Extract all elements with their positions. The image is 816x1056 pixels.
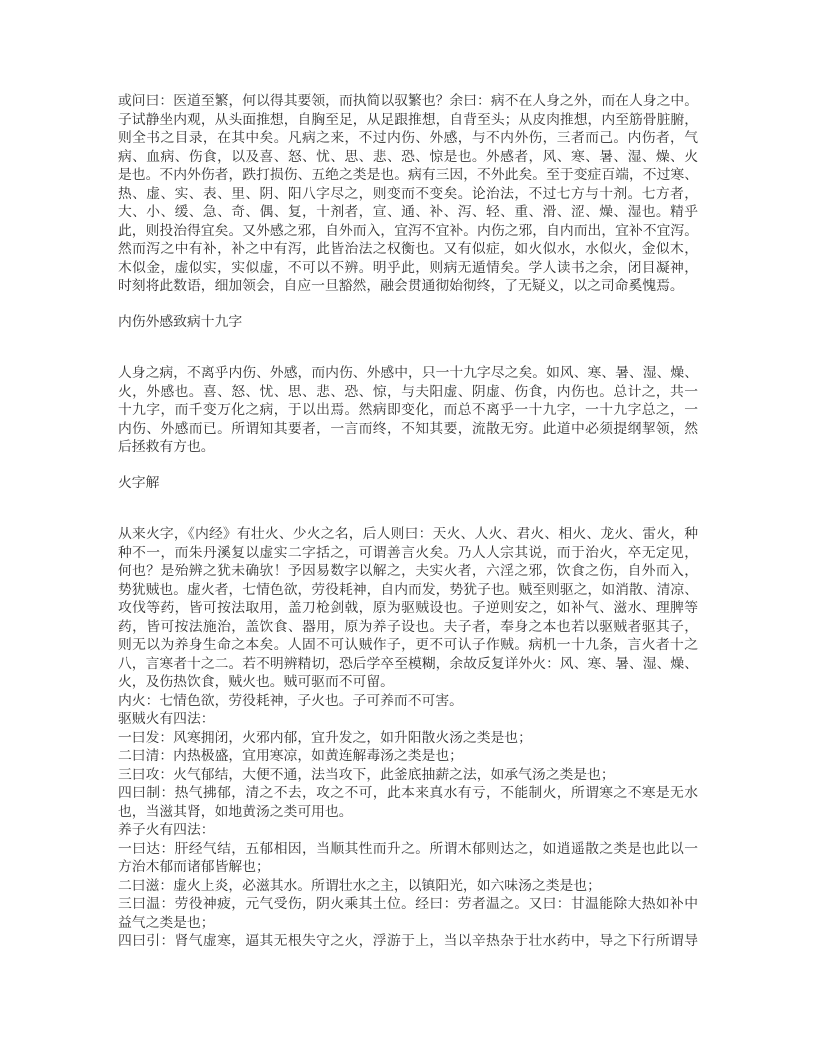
text-line: 药，皆可按法施治，盖饮食、器用，原为养子设也。夫子者，奉身之本也若以驱贼者驱其子… bbox=[118, 618, 698, 637]
text-line: 子试静坐内观，从头面推想，自胸至足，从足跟推想，自背至头；从皮肉推想，内至筋骨脏… bbox=[118, 111, 698, 130]
text-line: 种不一，而朱丹溪复以虚实二字括之，可谓善言火矣。乃人人宗其说，而于治火，卒无定见… bbox=[118, 544, 698, 563]
text-line: 则全书之目录，在其中矣。凡病之来，不过内伤、外感，与不内外伤，三者而己。内伤者，… bbox=[118, 129, 698, 148]
paragraph: 三曰攻：火气郁结，大便不通，法当攻下，此釜底抽薪之法，如承气汤之类是也； bbox=[118, 766, 698, 785]
text-line: 四曰引：肾气虚寒，逼其无根失守之火，浮游于上，当以辛热杂于壮水药中，导之下行所谓… bbox=[118, 932, 698, 951]
text-line: 大、小、缓、急、奇、偶、复，十剂者，宣、通、补、泻、轻、重、滑、涩、燥、湿也。精… bbox=[118, 203, 698, 222]
text-line: 火，外感也。喜、怒、忧、思、悲、恐、惊，与夫阳虚、阴虚、伤食，内伤也。总计之，共… bbox=[118, 383, 698, 402]
text-line: 势犹贼也。虚火者，七情色欲，劳役耗神，自内而发，势犹子也。贼至则驱之，如消散、清… bbox=[118, 581, 698, 600]
paragraph: 内火：七情色欲，劳役耗神，子火也。子可养而不可害。 bbox=[118, 692, 698, 711]
text-line: 益气之类是也； bbox=[118, 914, 698, 933]
paragraph: 或问曰：医道至繁，何以得其要领，而执简以驭繁也？余曰：病不在人身之外，而在人身之… bbox=[118, 92, 698, 296]
text-line: 三曰温：劳役神疲，元气受伤，阴火乘其土位。经曰：劳者温之。又曰：甘温能除大热如补… bbox=[118, 895, 698, 914]
text-line: 方治木郁而诸郁皆解也； bbox=[118, 858, 698, 877]
text-line: 热、虚、实、表、里、阴、阳八字尽之，则变而不变矣。论治法，不过七方与十剂。七方者… bbox=[118, 185, 698, 204]
section-heading: 火字解 bbox=[118, 474, 698, 493]
paragraph: 一曰达：肝经气结，五郁相因，当顺其性而升之。所谓木郁则达之，如逍遥散之类是也此以… bbox=[118, 840, 698, 877]
text-line: 则无以为养身生命之本矣。人固不可认贼作子，更不可认子作贼。病机一十九条，言火者十… bbox=[118, 636, 698, 655]
text-line: 木似金，虚似实，实似虚，不可以不辨。明乎此，则病无遁情矣。学人读书之余，闭目凝神… bbox=[118, 259, 698, 278]
text-line: 内火：七情色欲，劳役耗神，子火也。子可养而不可害。 bbox=[118, 692, 698, 711]
text-line: 一曰发：风寒拥闭，火邪内郁，宜升发之，如升阳散火汤之类是也； bbox=[118, 729, 698, 748]
section-heading-text: 内伤外感致病十九字 bbox=[118, 313, 698, 332]
text-line: 病、血病、伤食，以及喜、怒、忧、思、悲、恐、惊是也。外感者，风、寒、暑、湿、燥、… bbox=[118, 148, 698, 167]
text-line: 十九字，而千变万化之病，于以出焉。然病即变化，而总不离乎一十九字，一十九字总之，… bbox=[118, 401, 698, 420]
text-line: 后拯救有方也。 bbox=[118, 438, 698, 457]
section-heading: 内伤外感致病十九字 bbox=[118, 313, 698, 332]
document-page: 或问曰：医道至繁，何以得其要领，而执简以驭繁也？余曰：病不在人身之外，而在人身之… bbox=[0, 0, 816, 1056]
text-line: 二曰滋：虚火上炎，必滋其水。所谓壮水之主，以镇阳光，如六味汤之类是也； bbox=[118, 877, 698, 896]
paragraph: 二曰滋：虚火上炎，必滋其水。所谓壮水之主，以镇阳光，如六味汤之类是也； bbox=[118, 877, 698, 896]
text-line: 时刻将此数语，细加领会，自应一旦豁然，融会贯通彻始彻终，了无疑义，以之司命奚愧焉… bbox=[118, 277, 698, 296]
paragraph: 三曰温：劳役神疲，元气受伤，阴火乘其土位。经曰：劳者温之。又曰：甘温能除大热如补… bbox=[118, 895, 698, 932]
section-heading-text: 火字解 bbox=[118, 474, 698, 493]
paragraph: 从来火字，《内经》有壮火、少火之名，后人则曰：天火、人火、君火、相火、龙火、雷火… bbox=[118, 525, 698, 692]
text-line: 三曰攻：火气郁结，大便不通，法当攻下，此釜底抽薪之法，如承气汤之类是也； bbox=[118, 766, 698, 785]
paragraph: 人身之病，不离乎内伤、外感，而内伤、外感中，只一十九字尽之矣。如风、寒、暑、湿、… bbox=[118, 364, 698, 457]
text-line: 然而泻之中有补，补之中有泻，此皆治法之权衡也。又有似症，如火似水，水似火，金似木… bbox=[118, 240, 698, 259]
text-line: 也，当滋其肾，如地黄汤之类可用也。 bbox=[118, 803, 698, 822]
document-body: 或问曰：医道至繁，何以得其要领，而执简以驭繁也？余曰：病不在人身之外，而在人身之… bbox=[118, 92, 698, 951]
text-line: 四曰制：热气拂郁，清之不去，攻之不可，此本来真水有亏，不能制火，所谓寒之不寒是无… bbox=[118, 784, 698, 803]
text-line: 二曰清：内热极盛，宜用寒凉，如黄连解毒汤之类是也； bbox=[118, 747, 698, 766]
text-line: 一曰达：肝经气结，五郁相因，当顺其性而升之。所谓木郁则达之，如逍遥散之类是也此以… bbox=[118, 840, 698, 859]
text-line: 驱贼火有四法： bbox=[118, 710, 698, 729]
paragraph: 二曰清：内热极盛，宜用寒凉，如黄连解毒汤之类是也； bbox=[118, 747, 698, 766]
text-line: 攻伐等药，皆可按法取用，盖刀枪剑戟，原为驱贼设也。子逆则安之，如补气、滋水、理脾… bbox=[118, 599, 698, 618]
text-line: 人身之病，不离乎内伤、外感，而内伤、外感中，只一十九字尽之矣。如风、寒、暑、湿、… bbox=[118, 364, 698, 383]
text-line: 是也。不内外伤者，跌打损伤、五绝之类是也。病有三因，不外此矣。至于变症百端，不过… bbox=[118, 166, 698, 185]
text-line: 内伤、外感而已。所谓知其要者，一言而终，不知其要，流散无穷。此道中必须提纲挈领，… bbox=[118, 420, 698, 439]
paragraph: 四曰引：肾气虚寒，逼其无根失守之火，浮游于上，当以辛热杂于壮水药中，导之下行所谓… bbox=[118, 932, 698, 951]
text-line: 养子火有四法： bbox=[118, 821, 698, 840]
paragraph: 养子火有四法： bbox=[118, 821, 698, 840]
paragraph: 一曰发：风寒拥闭，火邪内郁，宜升发之，如升阳散火汤之类是也； bbox=[118, 729, 698, 748]
text-line: 此，则投治得宜矣。又外感之邪，自外而入，宜泻不宜补。内伤之邪，自内而出，宜补不宜… bbox=[118, 222, 698, 241]
text-line: 何也？是殆辨之犹未确欤！予因易数字以解之，夫实火者，六淫之邪，饮食之伤，自外而入… bbox=[118, 562, 698, 581]
text-line: 或问曰：医道至繁，何以得其要领，而执简以驭繁也？余曰：病不在人身之外，而在人身之… bbox=[118, 92, 698, 111]
text-line: 八，言寒者十之二。若不明辨精切，恐后学卒至模糊，余故反复详外火：风、寒、暑、湿、… bbox=[118, 655, 698, 674]
text-line: 火，及伤热饮食，贼火也。贼可驱而不可留。 bbox=[118, 673, 698, 692]
paragraph: 驱贼火有四法： bbox=[118, 710, 698, 729]
text-line: 从来火字，《内经》有壮火、少火之名，后人则曰：天火、人火、君火、相火、龙火、雷火… bbox=[118, 525, 698, 544]
paragraph: 四曰制：热气拂郁，清之不去，攻之不可，此本来真水有亏，不能制火，所谓寒之不寒是无… bbox=[118, 784, 698, 821]
